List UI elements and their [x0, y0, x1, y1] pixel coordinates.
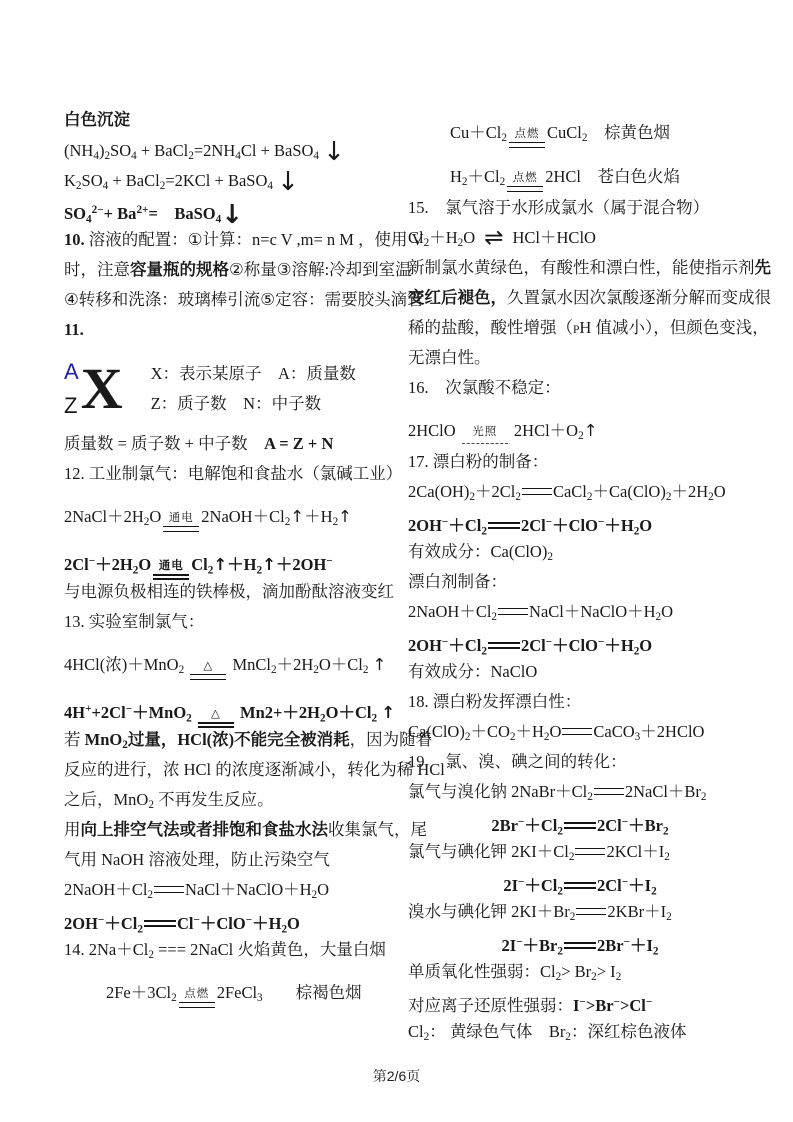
text-line: Cl2： 黄绿色气体 Br2：深红棕色液体	[408, 1016, 752, 1046]
superscript: −	[326, 555, 332, 567]
text-line: 12. 工业制氯气：电解饱和食盐水（氯碱工业）	[64, 458, 402, 488]
text-run: SO	[110, 141, 131, 160]
text-run: 氯气与碘化钾 2KI＋Cl	[408, 842, 569, 861]
bold-text: 过量，HCl(浓)不能完全被消耗	[128, 730, 350, 749]
text-run: 2OH	[408, 636, 442, 655]
equation-line: 4H++2Cl−＋MnO2 △ Mn2+＋2H2O＋Cl2 ↑	[64, 680, 402, 724]
text-run: O	[550, 722, 562, 741]
text-line: 反应的进行，浓 HCl 的浓度逐渐减小，转化为稀 HCl	[64, 754, 402, 784]
text-run: 2NaOH＋Cl	[201, 507, 284, 526]
bold-text: 向上排空气法或者排饱和食盐水法	[81, 820, 329, 839]
subscript: 2	[500, 176, 506, 188]
text-run: + Ba	[104, 204, 137, 223]
text-run: K	[64, 171, 76, 190]
reaction-condition: 光照	[462, 425, 508, 444]
text-run: 无漂白性。	[408, 348, 491, 367]
text-run: 稀的盐酸，酸性增强（	[408, 318, 573, 337]
bold-text: 10.	[64, 230, 85, 249]
text-run: 新制氯水黄绿色，有酸性和漂白性，能使指示剂	[408, 258, 755, 277]
subscript: 2	[587, 791, 593, 803]
text-run: 棕黄色烟	[587, 123, 670, 142]
text-run: 2Ca(OH)	[408, 482, 469, 501]
text-run: Ca(ClO)	[408, 722, 465, 741]
text-run: 溴水与碘化钾 2KI＋Br	[408, 902, 570, 921]
condition-label: 通电	[153, 559, 189, 572]
text-run: 反应的进行，浓 HCl 的浓度逐渐减小，转化为稀 HCl	[64, 760, 445, 779]
text-line: 变红后褪色，久置氯水因次氯酸逐渐分解而变成很	[408, 282, 752, 312]
text-line: K2SO4 + BaCl2=2KCl + BaSO4 ↓	[64, 164, 402, 194]
text-line: 2OH−＋Cl2Cl−＋ClO−＋H2O	[64, 904, 402, 934]
superscript: 2−	[92, 204, 104, 216]
text-run: 15. 氯气溶于水形成氯水（属于混合物）	[408, 198, 709, 217]
right-column: Cu＋Cl2点燃CuCl2 棕黄色烟H2＋Cl2点燃2HCl 苍白色火焰15. …	[408, 104, 752, 1046]
text-run: 漂白剂制备：	[408, 572, 507, 591]
text-line: 气用 NaOH 溶液处理，防止污染空气	[64, 844, 402, 874]
equals-double-line	[144, 920, 176, 927]
text-run: O	[639, 636, 652, 655]
text-run	[192, 703, 196, 722]
text-run: 用	[64, 820, 81, 839]
text-run: 棕褐色烟	[263, 983, 362, 1002]
text-line: 15. 氯气溶于水形成氯水（属于混合物）	[408, 192, 752, 222]
text-run: CaCl	[553, 482, 587, 501]
text-run: ＋2H	[95, 555, 133, 574]
superscript: −	[646, 996, 652, 1008]
equals-double-line	[488, 522, 520, 529]
isotope-legend: X：表示某原子 A：质量数 Z：质子数 N：中子数	[123, 359, 356, 419]
text-run: 2OH	[408, 516, 442, 535]
text-run: ＋ClO	[200, 914, 246, 933]
text-run: SO	[64, 204, 86, 223]
text-run: 氯气与溴化钠 2NaBr＋Cl	[408, 782, 587, 801]
text-run: 之后，MnO	[64, 790, 148, 809]
bold-text: 变红后褪色，	[408, 288, 507, 307]
reaction-condition: △	[190, 659, 226, 680]
subscript: 2	[137, 923, 143, 935]
text-run: CaCO	[593, 722, 634, 741]
equation-line: 2HClO 光照 2HCl＋O2↑	[408, 402, 752, 446]
gas-arrow-icon: ↑	[373, 655, 387, 674]
equals-double-line	[575, 848, 605, 855]
subscript: 2	[701, 791, 707, 803]
equation-line: Cu＋Cl2点燃CuCl2 棕黄色烟	[408, 104, 752, 148]
text-line: 氯气与碘化钾 2KI＋Cl22KCl＋I2	[408, 836, 752, 866]
text-run: ＋Cl	[524, 816, 557, 835]
text-run: ＋Cl	[104, 914, 137, 933]
text-run: ＋Cl	[468, 167, 500, 186]
equals-double-line	[179, 1002, 215, 1008]
condition-label: 点燃	[179, 987, 215, 1000]
isotope-legend-line1: X：表示某原子 A：质量数	[151, 359, 356, 389]
text-line: 漂白剂制备：	[408, 566, 752, 596]
text-line: 若 MnO2过量，HCl(浓)不能完全被消耗，因为随着	[64, 724, 402, 754]
text-run: 2NaCl＋Br	[625, 782, 701, 801]
text-run: 2HCl 苍白色火焰	[545, 167, 680, 186]
text-run: ＋Cl	[448, 636, 481, 655]
text-run: > Br	[561, 962, 591, 981]
text-run: 2HCl＋O	[510, 421, 578, 440]
atomic-number-symbol: Z	[64, 395, 79, 417]
text-line: 对应离子还原性强弱：I−>Br−>Cl−	[408, 986, 752, 1016]
subscript: 2	[491, 611, 497, 623]
subscript: 2	[481, 645, 487, 657]
text-run: Cl + BaSO	[241, 141, 314, 160]
left-column: 白色沉淀(NH4)2SO4 + BaCl2=2NH4Cl + BaSO4 ↓K2…	[64, 104, 402, 1046]
content-columns: 白色沉淀(NH4)2SO4 + BaCl2=2NH4Cl + BaSO4 ↓K2…	[64, 104, 752, 1046]
text-run: ：深红棕色液体	[571, 1022, 687, 1041]
equals-double-line	[488, 642, 520, 649]
condition-label: 点燃	[507, 171, 543, 184]
text-run: ＋2H	[671, 482, 708, 501]
gas-arrow-icon: ↑	[338, 507, 352, 526]
text-line: 用向上排空气法或者排饱和食盐水法收集氯气，尾	[64, 814, 402, 844]
text-run: O	[317, 880, 329, 899]
text-run: =2KCl + BaSO	[165, 171, 267, 190]
text-run: Cl	[191, 555, 208, 574]
equation-line: 2NaCl＋2H2O通电2NaOH＋Cl2↑＋H2↑	[64, 488, 402, 532]
equation-line: 2Fe＋3Cl2点燃2FeCl3 棕褐色烟	[64, 964, 402, 1008]
equation-line: 4HCl(浓)＋MnO2 △ MnCl2＋2H2O＋Cl2 ↑	[64, 636, 402, 680]
text-run: 2NaOH＋Cl	[64, 880, 147, 899]
text-run: 2I	[501, 936, 516, 955]
text-run: Cl	[177, 914, 194, 933]
text-run: 溶液的配置：①计算：n=c V ,m= n M ，使用 V	[85, 230, 424, 249]
equals-double-line	[564, 942, 596, 949]
equation-line: 2Cl−＋2H2O通电Cl2↑＋H2↑＋2OH−	[64, 532, 402, 576]
text-run: 2NaOH＋Cl	[408, 602, 491, 621]
text-line: 2I−＋Br22Br−＋I2	[408, 926, 752, 956]
text-line: SO42−+ Ba2+= BaSO4↓	[64, 194, 402, 224]
text-line: 溴水与碘化钾 2KI＋Br22KBr＋I2	[408, 896, 752, 926]
text-run: 若	[64, 730, 85, 749]
text-run: 白色沉淀	[64, 110, 130, 129]
equals-double-line	[498, 608, 528, 615]
bold-text: >Br	[586, 996, 614, 1015]
equals-double-line	[594, 788, 624, 795]
text-run: + BaCl	[137, 141, 188, 160]
text-run: 17. 漂白粉的制备：	[408, 452, 548, 471]
text-run: ＋H	[252, 914, 281, 933]
subscript: 2	[557, 945, 563, 957]
subscript: 2	[557, 885, 563, 897]
text-line: 2NaOH＋Cl2NaCl＋NaClO＋H2O	[408, 596, 752, 626]
gas-arrow-icon: ↑	[584, 421, 598, 440]
subscript: 2	[171, 992, 177, 1004]
text-line: 2OH−＋Cl22Cl−＋ClO−＋H2O	[408, 506, 752, 536]
text-line: 10. 溶液的配置：①计算：n=c V ,m= n M ，使用 V	[64, 224, 402, 254]
text-run: 2Cl	[597, 876, 622, 895]
text-run: ＋2OH	[276, 555, 326, 574]
text-run: 气用 NaOH 溶液处理，防止污染空气	[64, 850, 330, 869]
reversible-arrow-icon: ⇌	[484, 225, 503, 251]
text-run: 16. 次氯酸不稳定：	[408, 378, 561, 397]
subscript: 2	[570, 911, 576, 923]
text-run: 4H	[64, 703, 85, 722]
text-run: 对应离子还原性强弱：	[408, 996, 573, 1015]
isotope-numbers: A Z	[64, 361, 79, 417]
text-run	[184, 655, 188, 674]
text-run: 不再发生反应。	[154, 790, 274, 809]
text-run: +2Cl	[92, 703, 126, 722]
text-run: 久置氯水因次氯酸逐渐分解而变成很	[507, 288, 771, 307]
bold-text: 先	[755, 258, 772, 277]
text-run: ＋Cl	[448, 516, 481, 535]
text-line: 16. 次氯酸不稳定：	[408, 372, 752, 402]
document-page: 白色沉淀(NH4)2SO4 + BaCl2=2NH4Cl + BaSO4 ↓K2…	[0, 0, 793, 1122]
equals-double-line	[522, 488, 552, 495]
text-run: 12. 工业制氯气：电解饱和食盐水（氯碱工业）	[64, 464, 402, 483]
reaction-condition: 通电	[153, 559, 189, 580]
text-run: ＋2Cl	[475, 482, 515, 501]
text-line: 19. 氯、溴、碘之间的转化：	[408, 746, 752, 776]
text-run: O	[138, 555, 151, 574]
text-line: 白色沉淀	[64, 104, 402, 134]
text-run: ＋Br	[523, 936, 558, 955]
text-run: HCl＋HClO	[513, 228, 596, 247]
text-run: 与电源负极相连的铁棒极，滴加酚酞溶液变红	[64, 582, 394, 601]
text-run: 2Br	[491, 816, 518, 835]
text-run: ＋MnO	[132, 703, 186, 722]
text-run: O	[714, 482, 726, 501]
text-run: ＋2H	[277, 655, 314, 674]
equals-double-line	[462, 440, 508, 444]
equals-double-line	[507, 186, 543, 192]
subscript: 2	[616, 971, 622, 983]
text-run: H	[450, 167, 462, 186]
equation-line: H2＋Cl2点燃2HCl 苍白色火焰	[408, 148, 752, 192]
gas-arrow-icon: ↑	[381, 703, 395, 722]
text-run: Cu＋Cl	[450, 123, 501, 142]
condition-label: 光照	[462, 425, 508, 438]
text-run: CuCl	[547, 123, 582, 142]
text-run: O＋Cl	[326, 703, 372, 722]
text-run: O	[463, 228, 475, 247]
equals-double-line	[576, 908, 606, 915]
text-line: 与电源负极相连的铁棒极，滴加酚酞溶液变红	[64, 576, 402, 606]
mass-number-symbol: A	[64, 361, 79, 383]
reaction-condition: 点燃	[507, 171, 543, 192]
text-run: ＋ClO	[552, 636, 598, 655]
text-line: 无漂白性。	[408, 342, 752, 372]
text-run: 2OH	[64, 914, 98, 933]
equals-double-line	[564, 822, 596, 829]
text-run: ＋CO	[470, 722, 509, 741]
text-run: = BaSO	[148, 204, 215, 223]
text-run: ④转移和洗涤：玻璃棒引流⑤定容：需要胶头滴管	[64, 290, 424, 309]
text-run: 2Cl	[64, 555, 89, 574]
text-run: O	[661, 602, 673, 621]
text-run: ＋I	[630, 936, 653, 955]
text-line: 17. 漂白粉的制备：	[408, 446, 752, 476]
equals-double-line	[163, 526, 199, 532]
isotope-legend-line2: Z：质子数 N：中子数	[151, 389, 356, 419]
text-run: ＋Ca(ClO)	[593, 482, 666, 501]
equals-double-line	[564, 882, 596, 889]
condition-label: △	[190, 659, 226, 672]
text-run: > I	[597, 962, 616, 981]
text-line: 18. 漂白粉发挥漂白性：	[408, 686, 752, 716]
subscript: 2	[515, 491, 521, 503]
text-run: 11.	[64, 320, 84, 339]
equals-double-line	[154, 886, 184, 893]
text-line: 11.	[64, 314, 402, 344]
text-run: ＋Br	[628, 816, 663, 835]
text-run: 2FeCl	[217, 983, 257, 1002]
text-run: ＋H	[515, 722, 543, 741]
text-line: 氯气与溴化钠 2NaBr＋Cl22NaCl＋Br2	[408, 776, 752, 806]
text-run: NaCl＋NaClO＋H	[185, 880, 312, 899]
condition-label: 通电	[163, 511, 199, 524]
isotope-notation: A Z X X：表示某原子 A：质量数 Z：质子数 N：中子数	[64, 344, 402, 428]
text-line: 2Br−＋Cl22Cl−＋Br2	[408, 806, 752, 836]
bold-text: 容量瓶的规格	[130, 260, 229, 279]
equals-double-line	[562, 728, 592, 735]
equals-double-line	[509, 142, 545, 148]
reaction-condition: 点燃	[179, 987, 215, 1008]
precipitate-arrow-icon: ↓	[323, 137, 345, 167]
text-run: === 2NaCl 火焰黄色，大量白烟	[154, 940, 386, 959]
bold-text: A = Z + N	[264, 434, 333, 453]
text-run: 2Fe＋3Cl	[106, 983, 171, 1002]
text-run: H 值减小），但颜色变浅，	[579, 318, 768, 337]
reaction-condition: 通电	[163, 511, 199, 532]
text-run: 2Cl	[521, 636, 546, 655]
text-run: NaCl＋NaClO＋H	[529, 602, 656, 621]
equals-double-line	[190, 674, 226, 680]
condition-label: △	[198, 707, 234, 720]
text-run: 2KBr＋I	[607, 902, 666, 921]
equals-double-line	[153, 574, 189, 580]
subscript: 2	[147, 889, 153, 901]
text-run: 时，注意	[64, 260, 130, 279]
text-run: 14. 2Na＋Cl	[64, 940, 148, 959]
page-number: 第2/6页	[0, 1066, 793, 1086]
equals-double-line	[198, 722, 234, 728]
text-run: ＋2HClO	[640, 722, 704, 741]
text-run: 2Cl	[521, 516, 546, 535]
text-run: Mn2+＋2H	[236, 703, 320, 722]
text-run: (NH	[64, 141, 93, 160]
subscript: 2	[547, 551, 553, 563]
text-line: Ca(ClO)2＋CO2＋H2OCaCO3＋2HClO	[408, 716, 752, 746]
text-run: ＋H	[304, 507, 332, 526]
text-run: Cl	[408, 228, 424, 247]
condition-label: 点燃	[509, 127, 545, 140]
text-line: 2I−＋Cl22Cl−＋I2	[408, 866, 752, 896]
text-line: 稀的盐酸，酸性增强（PH 值减小），但颜色变浅，	[408, 312, 752, 342]
text-run: 2Cl	[597, 816, 622, 835]
text-run: 2Br	[597, 936, 624, 955]
text-line: 质量数 = 质子数 + 中子数 A = Z + N	[64, 428, 402, 458]
precipitate-arrow-icon: ↓	[221, 200, 243, 230]
text-run: ＋H	[429, 228, 457, 247]
text-line: 2Ca(OH)2＋2Cl2CaCl2＋Ca(ClO)2＋2H2O	[408, 476, 752, 506]
reaction-condition: 点燃	[509, 127, 545, 148]
text-run: ＋I	[628, 876, 651, 895]
text-line: 2OH−＋Cl22Cl−＋ClO−＋H2O	[408, 626, 752, 656]
text-line: Cl2＋H2O⇌HCl＋HClO	[408, 222, 752, 252]
text-run: ： 黄绿色气体 Br	[429, 1022, 565, 1041]
bold-text: >Cl	[620, 996, 646, 1015]
subscript: 2	[481, 525, 487, 537]
text-run: 有效成分：Ca(ClO)	[408, 542, 547, 561]
text-run: 18. 漂白粉发挥漂白性：	[408, 692, 581, 711]
subscript: 2	[557, 825, 563, 837]
text-run: =2NH	[194, 141, 235, 160]
text-run: 13. 实验室制氯气：	[64, 612, 204, 631]
text-run: ＋H	[604, 516, 633, 535]
text-run: O	[639, 516, 652, 535]
text-run: ＋H	[227, 555, 256, 574]
element-symbol: X	[81, 360, 123, 418]
text-run: + BaCl	[108, 171, 159, 190]
text-run: 2I	[503, 876, 518, 895]
text-run: 4HCl(浓)＋MnO	[64, 655, 179, 674]
text-run: MnCl	[228, 655, 271, 674]
reaction-condition: △	[198, 707, 234, 728]
precipitate-arrow-icon: ↓	[277, 167, 299, 197]
text-run: 19. 氯、溴、碘之间的转化：	[408, 752, 627, 771]
text-line: 单质氧化性强弱：Cl2> Br2> I2	[408, 956, 752, 986]
text-line: 13. 实验室制氯气：	[64, 606, 402, 636]
text-line: 14. 2Na＋Cl2 === 2NaCl 火焰黄色，大量白烟	[64, 934, 402, 964]
text-run: ②称量③溶解:冷却到室温	[229, 260, 412, 279]
bold-text: MnO	[85, 730, 123, 749]
text-run: Cl	[408, 1022, 424, 1041]
subscript: 2	[666, 911, 672, 923]
text-run: ＋Cl	[524, 876, 557, 895]
text-run: 单质氧化性强弱：Cl	[408, 962, 556, 981]
text-line: 时，注意容量瓶的规格②称量③溶解:冷却到室温	[64, 254, 402, 284]
subscript: 2	[653, 945, 659, 957]
text-line: (NH4)2SO4 + BaCl2=2NH4Cl + BaSO4 ↓	[64, 134, 402, 164]
text-line: 之后，MnO2 不再发生反应。	[64, 784, 402, 814]
text-run: 质量数 = 质子数 + 中子数	[64, 434, 264, 453]
text-run: O	[149, 507, 161, 526]
text-run: ＋ClO	[552, 516, 598, 535]
text-run: 2KCl＋I	[606, 842, 664, 861]
text-run: O	[287, 914, 300, 933]
subscript: 2	[501, 132, 507, 144]
gas-arrow-icon: ↑	[290, 507, 304, 526]
text-line: 新制氯水黄绿色，有酸性和漂白性，能使指示剂先	[408, 252, 752, 282]
superscript: 2+	[136, 204, 148, 216]
gas-arrow-icon: ↑	[213, 555, 227, 574]
text-line: 2NaOH＋Cl2NaCl＋NaClO＋H2O	[64, 874, 402, 904]
subscript: 2	[651, 885, 657, 897]
subscript: 2	[569, 851, 575, 863]
text-run: ＋H	[604, 636, 633, 655]
text-run: 有效成分：NaClO	[408, 662, 537, 681]
text-run: 2NaCl＋2H	[64, 507, 144, 526]
text-line: ④转移和洗涤：玻璃棒引流⑤定容：需要胶头滴管	[64, 284, 402, 314]
subscript: 2	[663, 825, 669, 837]
text-run: SO	[82, 171, 103, 190]
text-run: O＋Cl	[319, 655, 363, 674]
text-run: 2HClO	[408, 421, 460, 440]
subscript: 2	[664, 851, 670, 863]
gas-arrow-icon: ↑	[262, 555, 276, 574]
subscript: 2	[186, 712, 192, 724]
